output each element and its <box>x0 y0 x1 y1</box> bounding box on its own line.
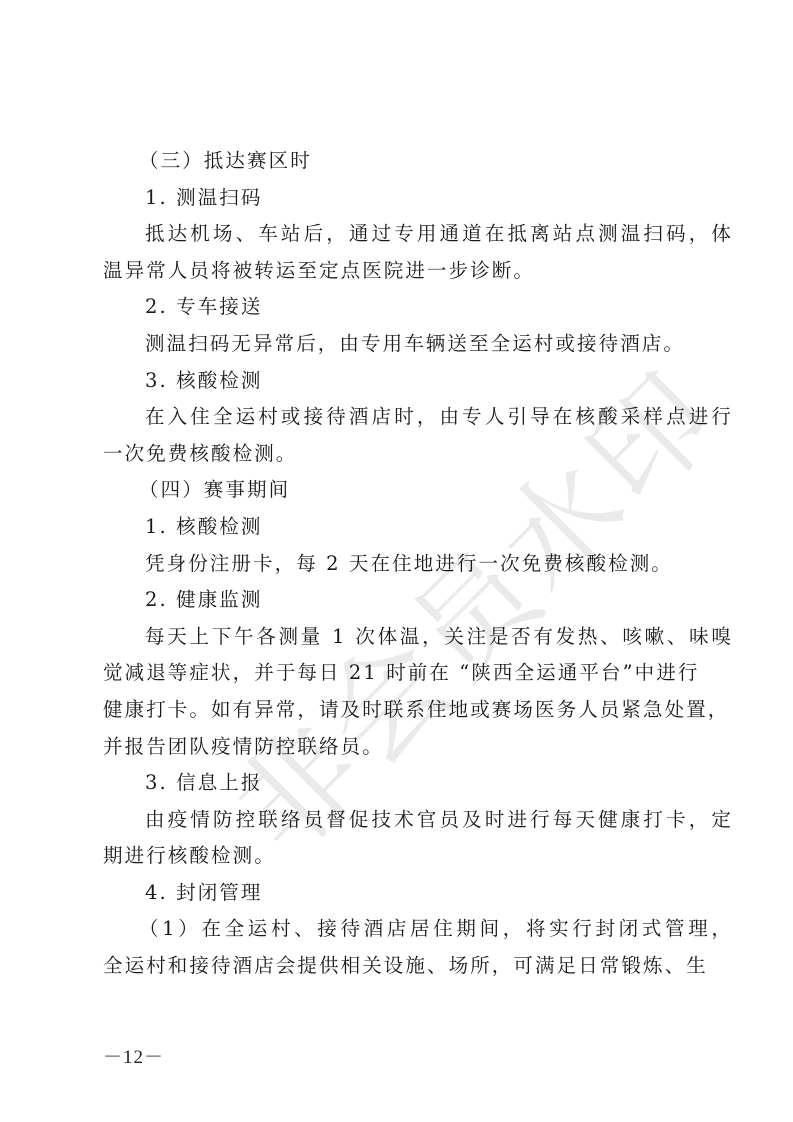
paragraph-line: 在入住全运村或接待酒店时，由专人引导在核酸采样点进行 <box>103 399 733 436</box>
paragraph-line: 觉减退等症状，并于每日 21 时前在 “陕西全运通平台”中进行 <box>103 655 691 692</box>
paragraph-line: 由疫情防控联络员督促技术官员及时进行每天健康打卡，定 <box>103 802 733 839</box>
subheading-info-report: 3. 信息上报 <box>103 765 693 802</box>
paragraph-line: 期进行核酸检测。 <box>103 838 693 875</box>
paragraph-line: 每天上下午各测量 1 次体温，关注是否有发热、咳嗽、味嗅 <box>103 619 733 656</box>
subheading-health-monitoring: 2. 健康监测 <box>103 582 693 619</box>
document-body: （三）抵达赛区时 1. 测温扫码 抵达机场、车站后，通过专用通道在抵离站点测温扫… <box>103 143 693 985</box>
paragraph-line: 温异常人员将被转运至定点医院进一步诊断。 <box>103 253 693 290</box>
subheading-shuttle: 2. 专车接送 <box>103 289 693 326</box>
paragraph-line: （1）在全运村、接待酒店居住期间，将实行封闭式管理， <box>103 911 733 948</box>
paragraph-line: 测温扫码无异常后，由专用车辆送至全运村或接待酒店。 <box>103 326 693 363</box>
subheading-nucleic-test: 3. 核酸检测 <box>103 363 693 400</box>
paragraph-line: 健康打卡。如有异常，请及时联系住地或赛场医务人员紧急处置， <box>103 692 691 729</box>
page-number: －12－ <box>103 1042 164 1069</box>
subheading-closed-management: 4. 封闭管理 <box>103 875 693 912</box>
paragraph-line: 凭身份注册卡，每 2 天在住地进行一次免费核酸检测。 <box>103 546 693 583</box>
section-heading-arrival: （三）抵达赛区时 <box>103 143 693 180</box>
document-page: 非会员水印 （三）抵达赛区时 1. 测温扫码 抵达机场、车站后，通过专用通道在抵… <box>0 0 793 1122</box>
subheading-nucleic-test-2: 1. 核酸检测 <box>103 509 693 546</box>
paragraph-line: 一次免费核酸检测。 <box>103 436 693 473</box>
section-heading-during-event: （四）赛事期间 <box>103 472 693 509</box>
paragraph-line: 全运村和接待酒店会提供相关设施、场所，可满足日常锻炼、生 <box>103 948 691 985</box>
paragraph-line: 并报告团队疫情防控联络员。 <box>103 729 693 766</box>
paragraph-line: 抵达机场、车站后，通过专用通道在抵离站点测温扫码，体 <box>103 216 733 253</box>
subheading-temperature-scan: 1. 测温扫码 <box>103 180 693 217</box>
